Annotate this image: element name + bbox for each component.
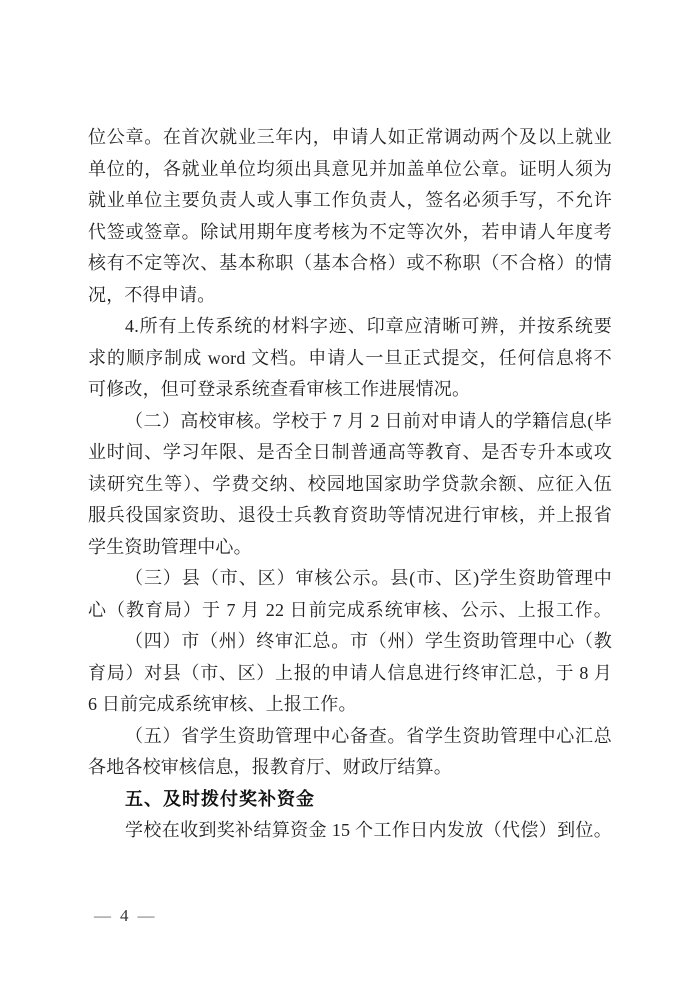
text-line: （二）高校审核。学校于 7 月 2 日前对申请人的学籍信息(毕 bbox=[88, 406, 612, 438]
footer-right-dash: — bbox=[138, 906, 155, 926]
text-line: 育局）对县（市、区）上报的申请人信息进行终审汇总，于 8 月 bbox=[88, 658, 612, 690]
footer-left-dash: — bbox=[94, 906, 111, 926]
text-line: 各地各校审核信息，报教育厅、财政厅结算。 bbox=[88, 752, 612, 784]
text-line: 就业单位主要负责人或人事工作负责人，签名必须手写，不允许 bbox=[88, 185, 612, 217]
text-line: 代签或签章。除试用期年度考核为不定等次外，若申请人年度考 bbox=[88, 217, 612, 249]
text-line: 单位的，各就业单位均须出具意见并加盖单位公章。证明人须为 bbox=[88, 154, 612, 186]
text-line: 学校在收到奖补结算资金 15 个工作日内发放（代偿）到位。 bbox=[88, 815, 612, 847]
text-line: 况，不得申请。 bbox=[88, 280, 612, 312]
document-page: 位公章。在首次就业三年内，申请人如正常调动两个及以上就业单位的，各就业单位均须出… bbox=[0, 0, 700, 989]
text-line: 心（教育局）于 7 月 22 日前完成系统审核、公示、上报工作。 bbox=[88, 595, 612, 627]
text-line: 学生资助管理中心。 bbox=[88, 532, 612, 564]
text-line: 6 日前完成系统审核、上报工作。 bbox=[88, 689, 612, 721]
text-line: 求的顺序制成 word 文档。申请人一旦正式提交，任何信息将不 bbox=[88, 343, 612, 375]
text-line: （五）省学生资助管理中心备查。省学生资助管理中心汇总 bbox=[88, 721, 612, 753]
page-number: 4 bbox=[120, 906, 129, 926]
text-line: 4.所有上传系统的材料字迹、印章应清晰可辨，并按系统要 bbox=[88, 311, 612, 343]
text-line: 可修改，但可登录系统查看审核工作进展情况。 bbox=[88, 374, 612, 406]
text-line: 业时间、学习年限、是否全日制普通高等教育、是否专升本或攻 bbox=[88, 437, 612, 469]
text-line: 服兵役国家资助、退役士兵教育资助等情况进行审核，并上报省 bbox=[88, 500, 612, 532]
text-line: （三）县（市、区）审核公示。县(市、区)学生资助管理中 bbox=[88, 563, 612, 595]
document-body: 位公章。在首次就业三年内，申请人如正常调动两个及以上就业单位的，各就业单位均须出… bbox=[88, 122, 612, 847]
text-line: （四）市（州）终审汇总。市（州）学生资助管理中心（教 bbox=[88, 626, 612, 658]
page-footer: — 4 — bbox=[94, 906, 155, 926]
text-line: 读研究生等）、学费交纳、校园地国家助学贷款余额、应征入伍 bbox=[88, 469, 612, 501]
section-heading: 五、及时拨付奖补资金 bbox=[88, 784, 612, 816]
text-line: 位公章。在首次就业三年内，申请人如正常调动两个及以上就业 bbox=[88, 122, 612, 154]
text-line: 核有不定等次、基本称职（基本合格）或不称职（不合格）的情 bbox=[88, 248, 612, 280]
